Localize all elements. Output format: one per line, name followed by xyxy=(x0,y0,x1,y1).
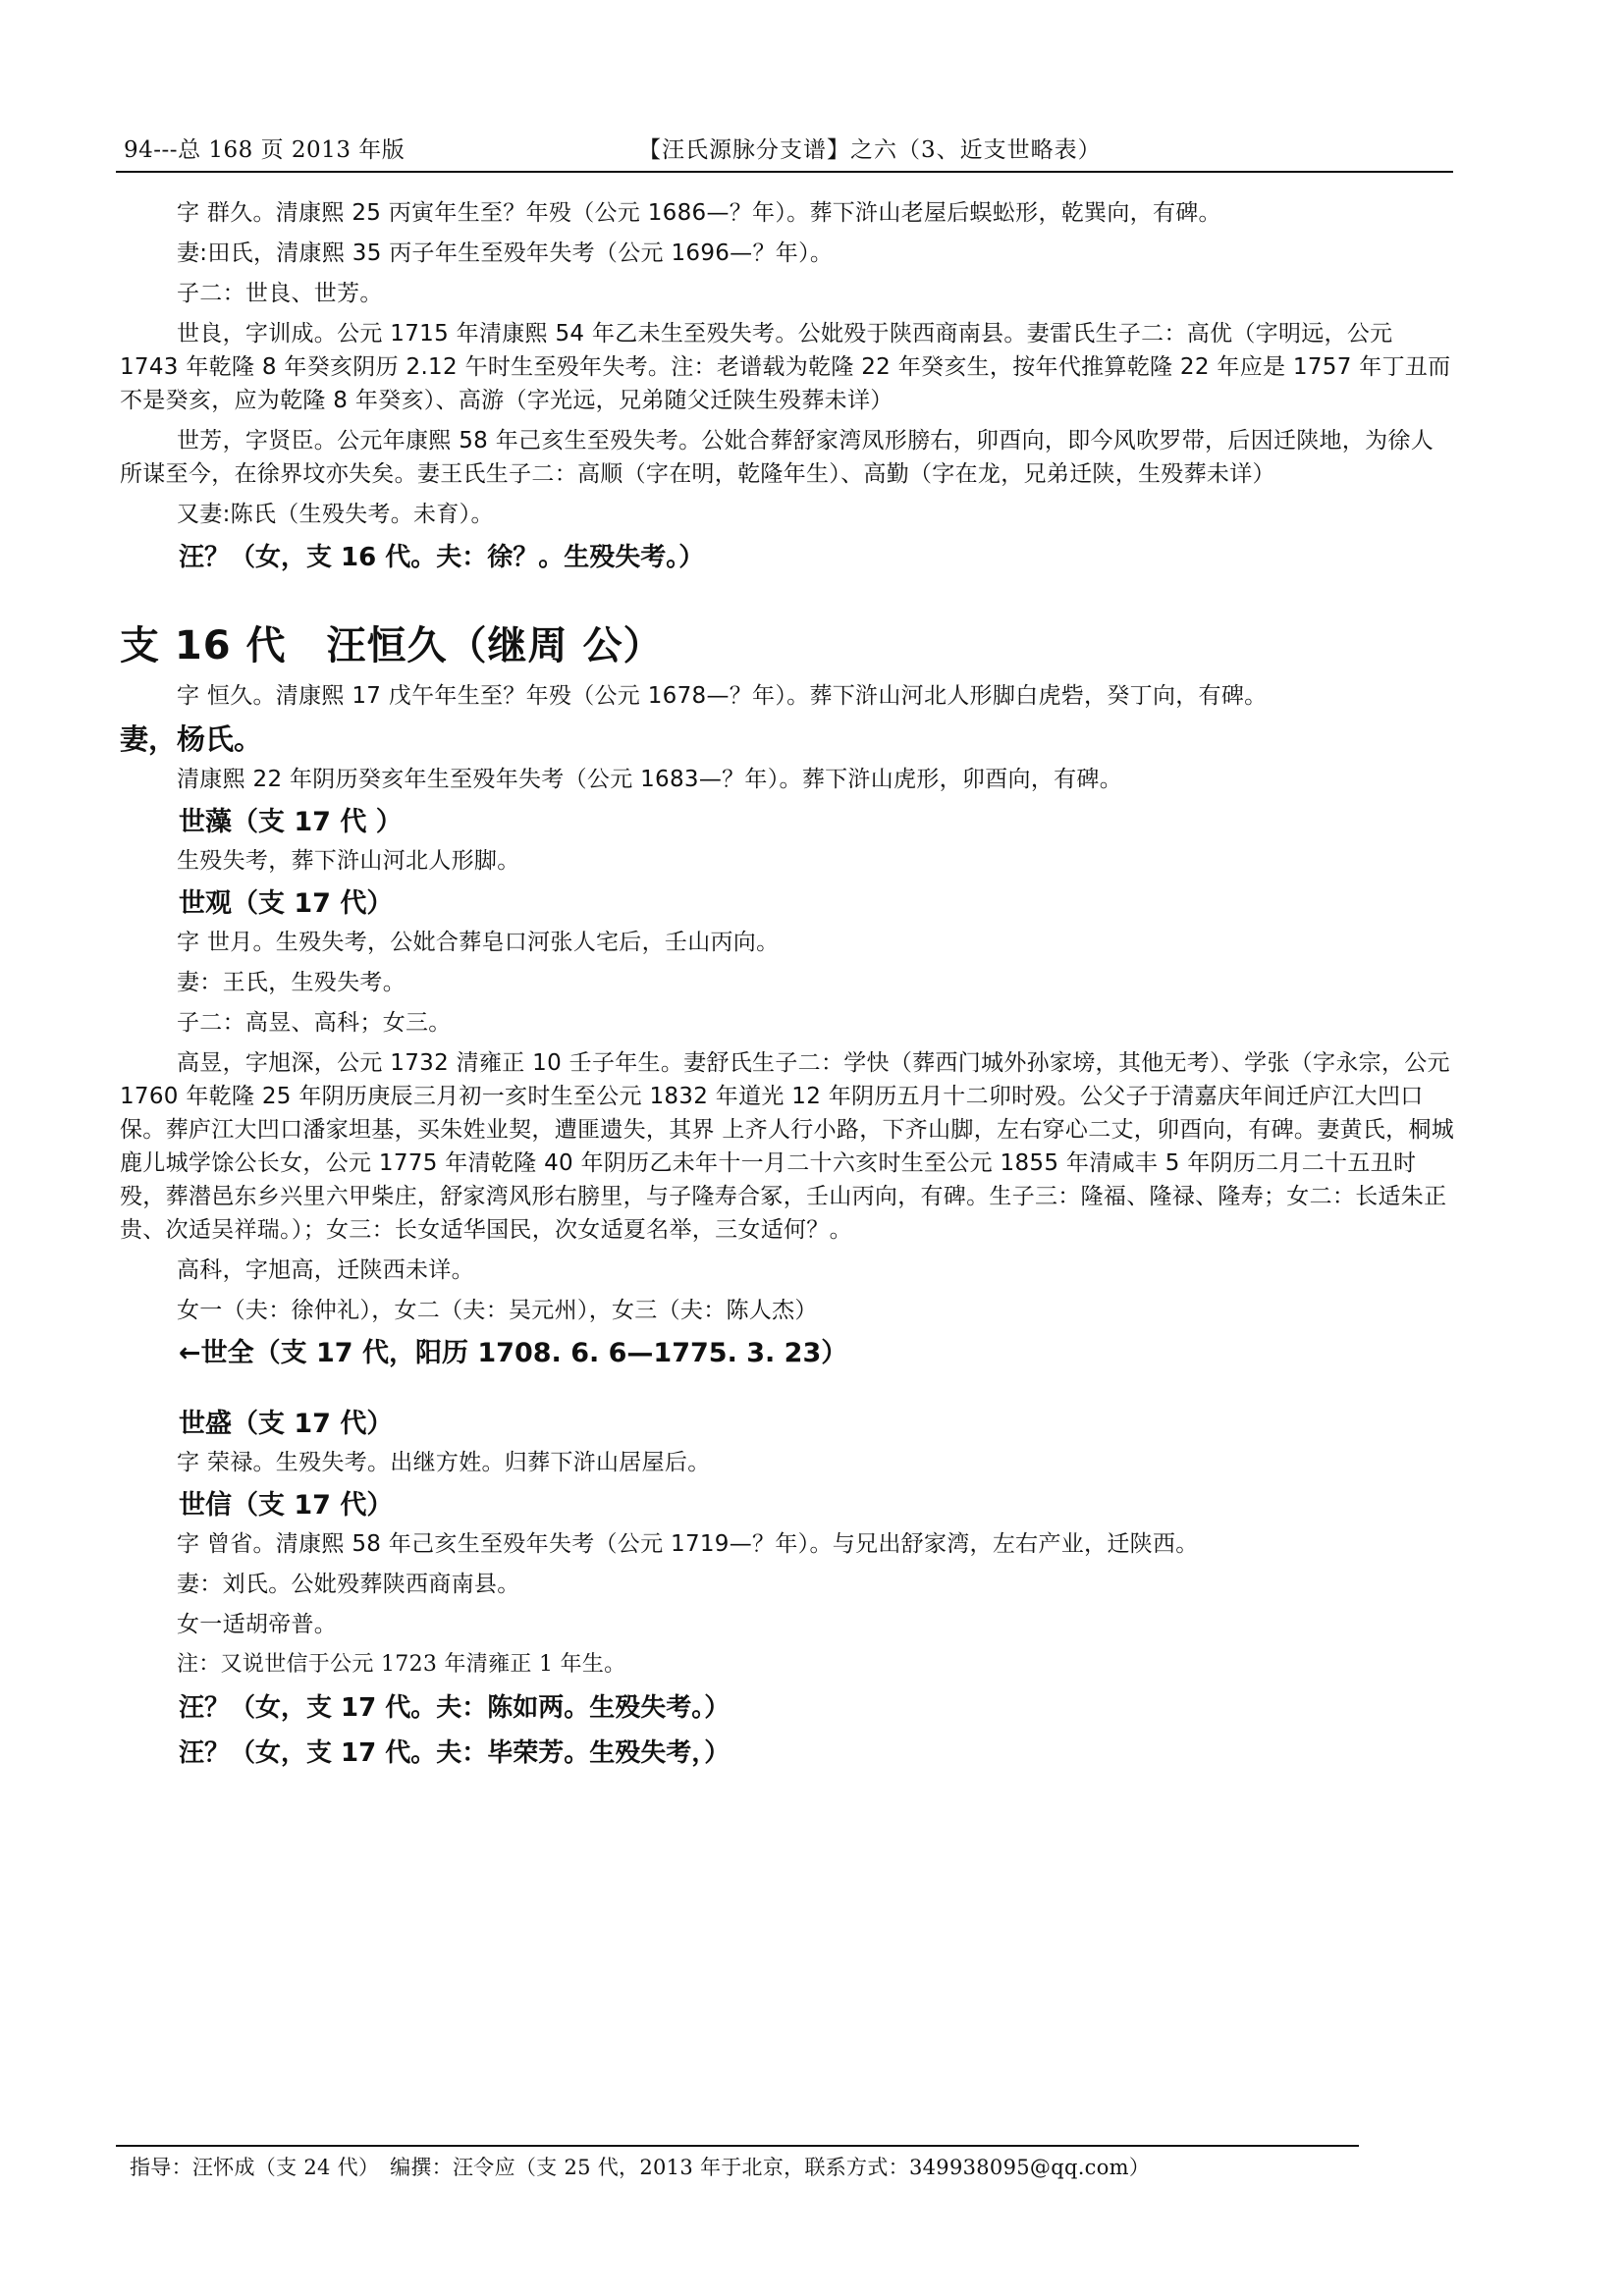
paragraph: 妻：刘氏。公妣殁葬陕西商南县。 xyxy=(120,1568,1455,1601)
paragraph: 字 群久。清康熙 25 丙寅年生至？年殁（公元 1686—？年）。葬下浒山老屋后… xyxy=(120,196,1455,230)
paragraph: 高科，字旭高，迁陕西未详。 xyxy=(120,1254,1455,1287)
note: 注：又说世信于公元 1723 年清雍正 1 年生。 xyxy=(120,1648,1455,1682)
child-entry: 世观（支 17 代） 字 世月。生殁失考，公妣合葬皂口河张人宅后，壬山丙向。 妻… xyxy=(120,884,1455,1327)
section-title: 支 16 代 汪恒久（继周 公） xyxy=(120,618,1455,673)
paragraph: 子二：世良、世芳。 xyxy=(120,277,1455,310)
paragraph: 字 恒久。清康熙 17 戊午年生至？年殁（公元 1678—？年）。葬下浒山河北人… xyxy=(120,679,1455,713)
child-title: 世藻（支 17 代 ） xyxy=(120,803,1455,842)
previous-entry: 字 群久。清康熙 25 丙寅年生至？年殁（公元 1686—？年）。葬下浒山老屋后… xyxy=(120,196,1455,577)
spacer xyxy=(120,1375,1455,1405)
paragraph: 女一适胡帝普。 xyxy=(120,1608,1455,1641)
child-title: 世信（支 17 代） xyxy=(120,1486,1455,1525)
footer-divider xyxy=(116,2145,1359,2147)
paragraph: 又妻:陈氏（生殁失考。未育）。 xyxy=(120,498,1455,531)
paragraph: 清康熙 22 年阴历癸亥年生至殁年失考（公元 1683—？年）。葬下浒山虎形，卯… xyxy=(120,763,1455,796)
daughter-entry: 汪？（女，支 16 代。夫：徐？。生殁失考。） xyxy=(120,538,1455,577)
child-title: 世盛（支 17 代） xyxy=(120,1405,1455,1444)
paragraph: 世良，字训成。公元 1715 年清康熙 54 年乙未生至殁失考。公妣殁于陕西商南… xyxy=(120,317,1455,417)
paragraph: 字 曾省。清康熙 58 年己亥生至殁年失考（公元 1719—？年）。与兄出舒家湾… xyxy=(120,1527,1455,1561)
paragraph: 生殁失考，葬下浒山河北人形脚。 xyxy=(120,844,1455,878)
child-entry: 世信（支 17 代） 字 曾省。清康熙 58 年己亥生至殁年失考（公元 1719… xyxy=(120,1486,1455,1682)
paragraph: 字 世月。生殁失考，公妣合葬皂口河张人宅后，壬山丙向。 xyxy=(120,926,1455,959)
document-title: 【汪氏源脉分支谱】之六（3、近支世略表） xyxy=(638,132,1102,164)
child-entry: ←世全（支 17 代，阳历 1708. 6. 6—1775. 3. 23） xyxy=(120,1334,1455,1373)
paragraph: 世芳，字贤臣。公元年康熙 58 年己亥生至殁失考。公妣合葬舒家湾凤形膀右，卯酉向… xyxy=(120,424,1455,491)
child-title: 世观（支 17 代） xyxy=(120,884,1455,924)
paragraph: 高昱，字旭深，公元 1732 清雍正 10 壬子年生。妻舒氏生子二：学快（葬西门… xyxy=(120,1046,1455,1247)
page-content: 字 群久。清康熙 25 丙寅年生至？年殁（公元 1686—？年）。葬下浒山老屋后… xyxy=(120,196,1455,1779)
paragraph: 妻：王氏，生殁失考。 xyxy=(120,966,1455,999)
daughter-entry: 汪？（女，支 17 代。夫：陈如两。生殁失考。） xyxy=(120,1688,1455,1728)
header-divider xyxy=(116,171,1453,173)
child-entry: 世盛（支 17 代） 字 荣禄。生殁失考。出继方姓。归葬下浒山居屋后。 xyxy=(120,1405,1455,1479)
paragraph: 女一（夫：徐仲礼），女二（夫：吴元州），女三（夫：陈人杰） xyxy=(120,1294,1455,1327)
paragraph: 子二：高昱、高科；女三。 xyxy=(120,1006,1455,1040)
child-entry: 世藻（支 17 代 ） 生殁失考，葬下浒山河北人形脚。 xyxy=(120,803,1455,878)
page-number: 94---总 168 页 2013 年版 xyxy=(124,132,405,164)
paragraph: 妻:田氏，清康熙 35 丙子年生至殁年失考（公元 1696—？年）。 xyxy=(120,237,1455,270)
daughter-entry: 汪？（女，支 17 代。夫：毕荣芳。生殁失考，） xyxy=(120,1734,1455,1773)
child-title-link: ←世全（支 17 代，阳历 1708. 6. 6—1775. 3. 23） xyxy=(120,1334,1455,1373)
page-header: 94---总 168 页 2013 年版 【汪氏源脉分支谱】之六（3、近支世略表… xyxy=(116,130,1453,169)
paragraph: 字 荣禄。生殁失考。出继方姓。归葬下浒山居屋后。 xyxy=(120,1446,1455,1479)
spouse-title: 妻，杨氏。 xyxy=(120,720,1455,759)
page-footer: 指导：汪怀成（支 24 代） 编撰：汪令应（支 25 代，2013 年于北京，联… xyxy=(130,2152,1150,2181)
